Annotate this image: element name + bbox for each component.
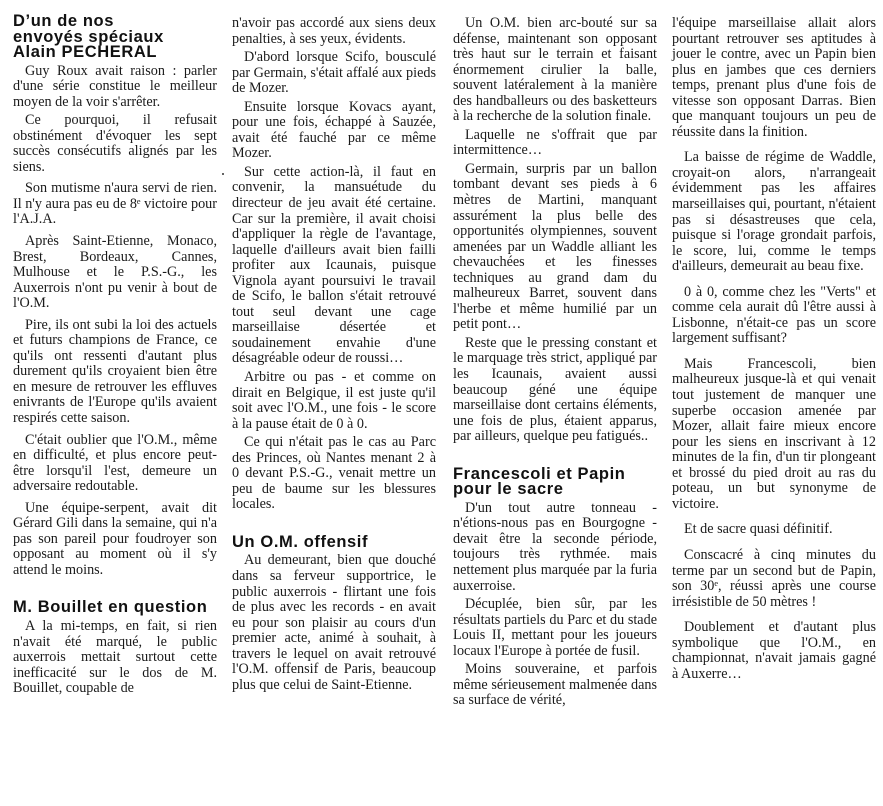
paragraph: l'équipe marseillaise allait alors pourt… — [672, 16, 876, 140]
paragraph: Reste que le pressing constant et le mar… — [453, 336, 657, 445]
paragraph: Ce pourquoi, il refusait obstinément d'é… — [13, 113, 217, 175]
paragraph: Germain, surpris par un ballon tombant d… — [453, 162, 657, 333]
paragraph: Sur cette action-là, il faut en convenir… — [232, 165, 436, 367]
paragraph: Un O.M. bien arc-bouté sur sa défense, m… — [453, 16, 657, 125]
paragraph: n'avoir pas accordé aux siens deux penal… — [232, 16, 436, 47]
subheading-om-offensif: Un O.M. offensif — [232, 535, 436, 551]
paragraph: Au demeurant, bien que douché dans sa fe… — [232, 553, 436, 693]
paragraph: Laquelle ne s'offrait que par intermitte… — [453, 128, 657, 159]
paragraph: Ce qui n'était pas le cas au Parc des Pr… — [232, 435, 436, 513]
paragraph: Arbitre ou pas - et comme on dirait en B… — [232, 370, 436, 432]
subheading-bouillet: M. Bouillet en question — [13, 600, 217, 616]
paragraph: Ensuite lorsque Kovacs ayant, pour une f… — [232, 100, 436, 162]
paragraph: Guy Roux avait raison : parler d'une sér… — [13, 64, 217, 111]
paragraph: A la mi-temps, en fait, si rien n'avait … — [13, 619, 217, 697]
article-column-2: n'avoir pas accordé aux siens deux penal… — [232, 16, 436, 699]
print-speck — [222, 173, 224, 175]
article-column-4: l'équipe marseillaise allait alors pourt… — [672, 16, 876, 688]
paragraph: C'était oublier que l'O.M., même en diff… — [13, 433, 217, 495]
paragraph: Son mutisme n'aura servi de rien. Il n'y… — [13, 181, 217, 228]
paragraph: Mais Francescoli, bien malheureux jusque… — [672, 357, 876, 512]
byline-heading: D’un de nos envoyés spéciaux Alain PECHE… — [13, 14, 217, 61]
paragraph: Moins souveraine, et parfois même sérieu… — [453, 662, 657, 709]
paragraph: Et de sacre quasi définitif. — [672, 522, 876, 538]
paragraph: Décuplée, bien sûr, par les résultats pa… — [453, 597, 657, 659]
byline-author: Alain PECHERAL — [13, 43, 157, 61]
article-column-1: D’un de nos envoyés spéciaux Alain PECHE… — [13, 14, 217, 703]
paragraph: D'abord lorsque Scifo, bousculé par Germ… — [232, 50, 436, 97]
paragraph: Une équipe-serpent, avait dit Gérard Gil… — [13, 501, 217, 579]
paragraph: Après Saint-Etienne, Monaco, Brest, Bord… — [13, 234, 217, 312]
subheading-francescoli-papin: Francescoli et Papin pour le sacre — [453, 467, 657, 498]
paragraph: 0 à 0, comme chez les "Verts" et comme c… — [672, 285, 876, 347]
paragraph: Conscacré à cinq minutes du terme par un… — [672, 548, 876, 610]
paragraph: Pire, ils ont subi la loi des actuels et… — [13, 318, 217, 427]
paragraph: D'un tout autre tonneau - n'étions-nous … — [453, 501, 657, 594]
paragraph: La baisse de régime de Waddle, croyait-o… — [672, 150, 876, 274]
paragraph: Doublement et d'autant plus symbolique q… — [672, 620, 876, 682]
article-column-3: Un O.M. bien arc-bouté sur sa défense, m… — [453, 16, 657, 715]
